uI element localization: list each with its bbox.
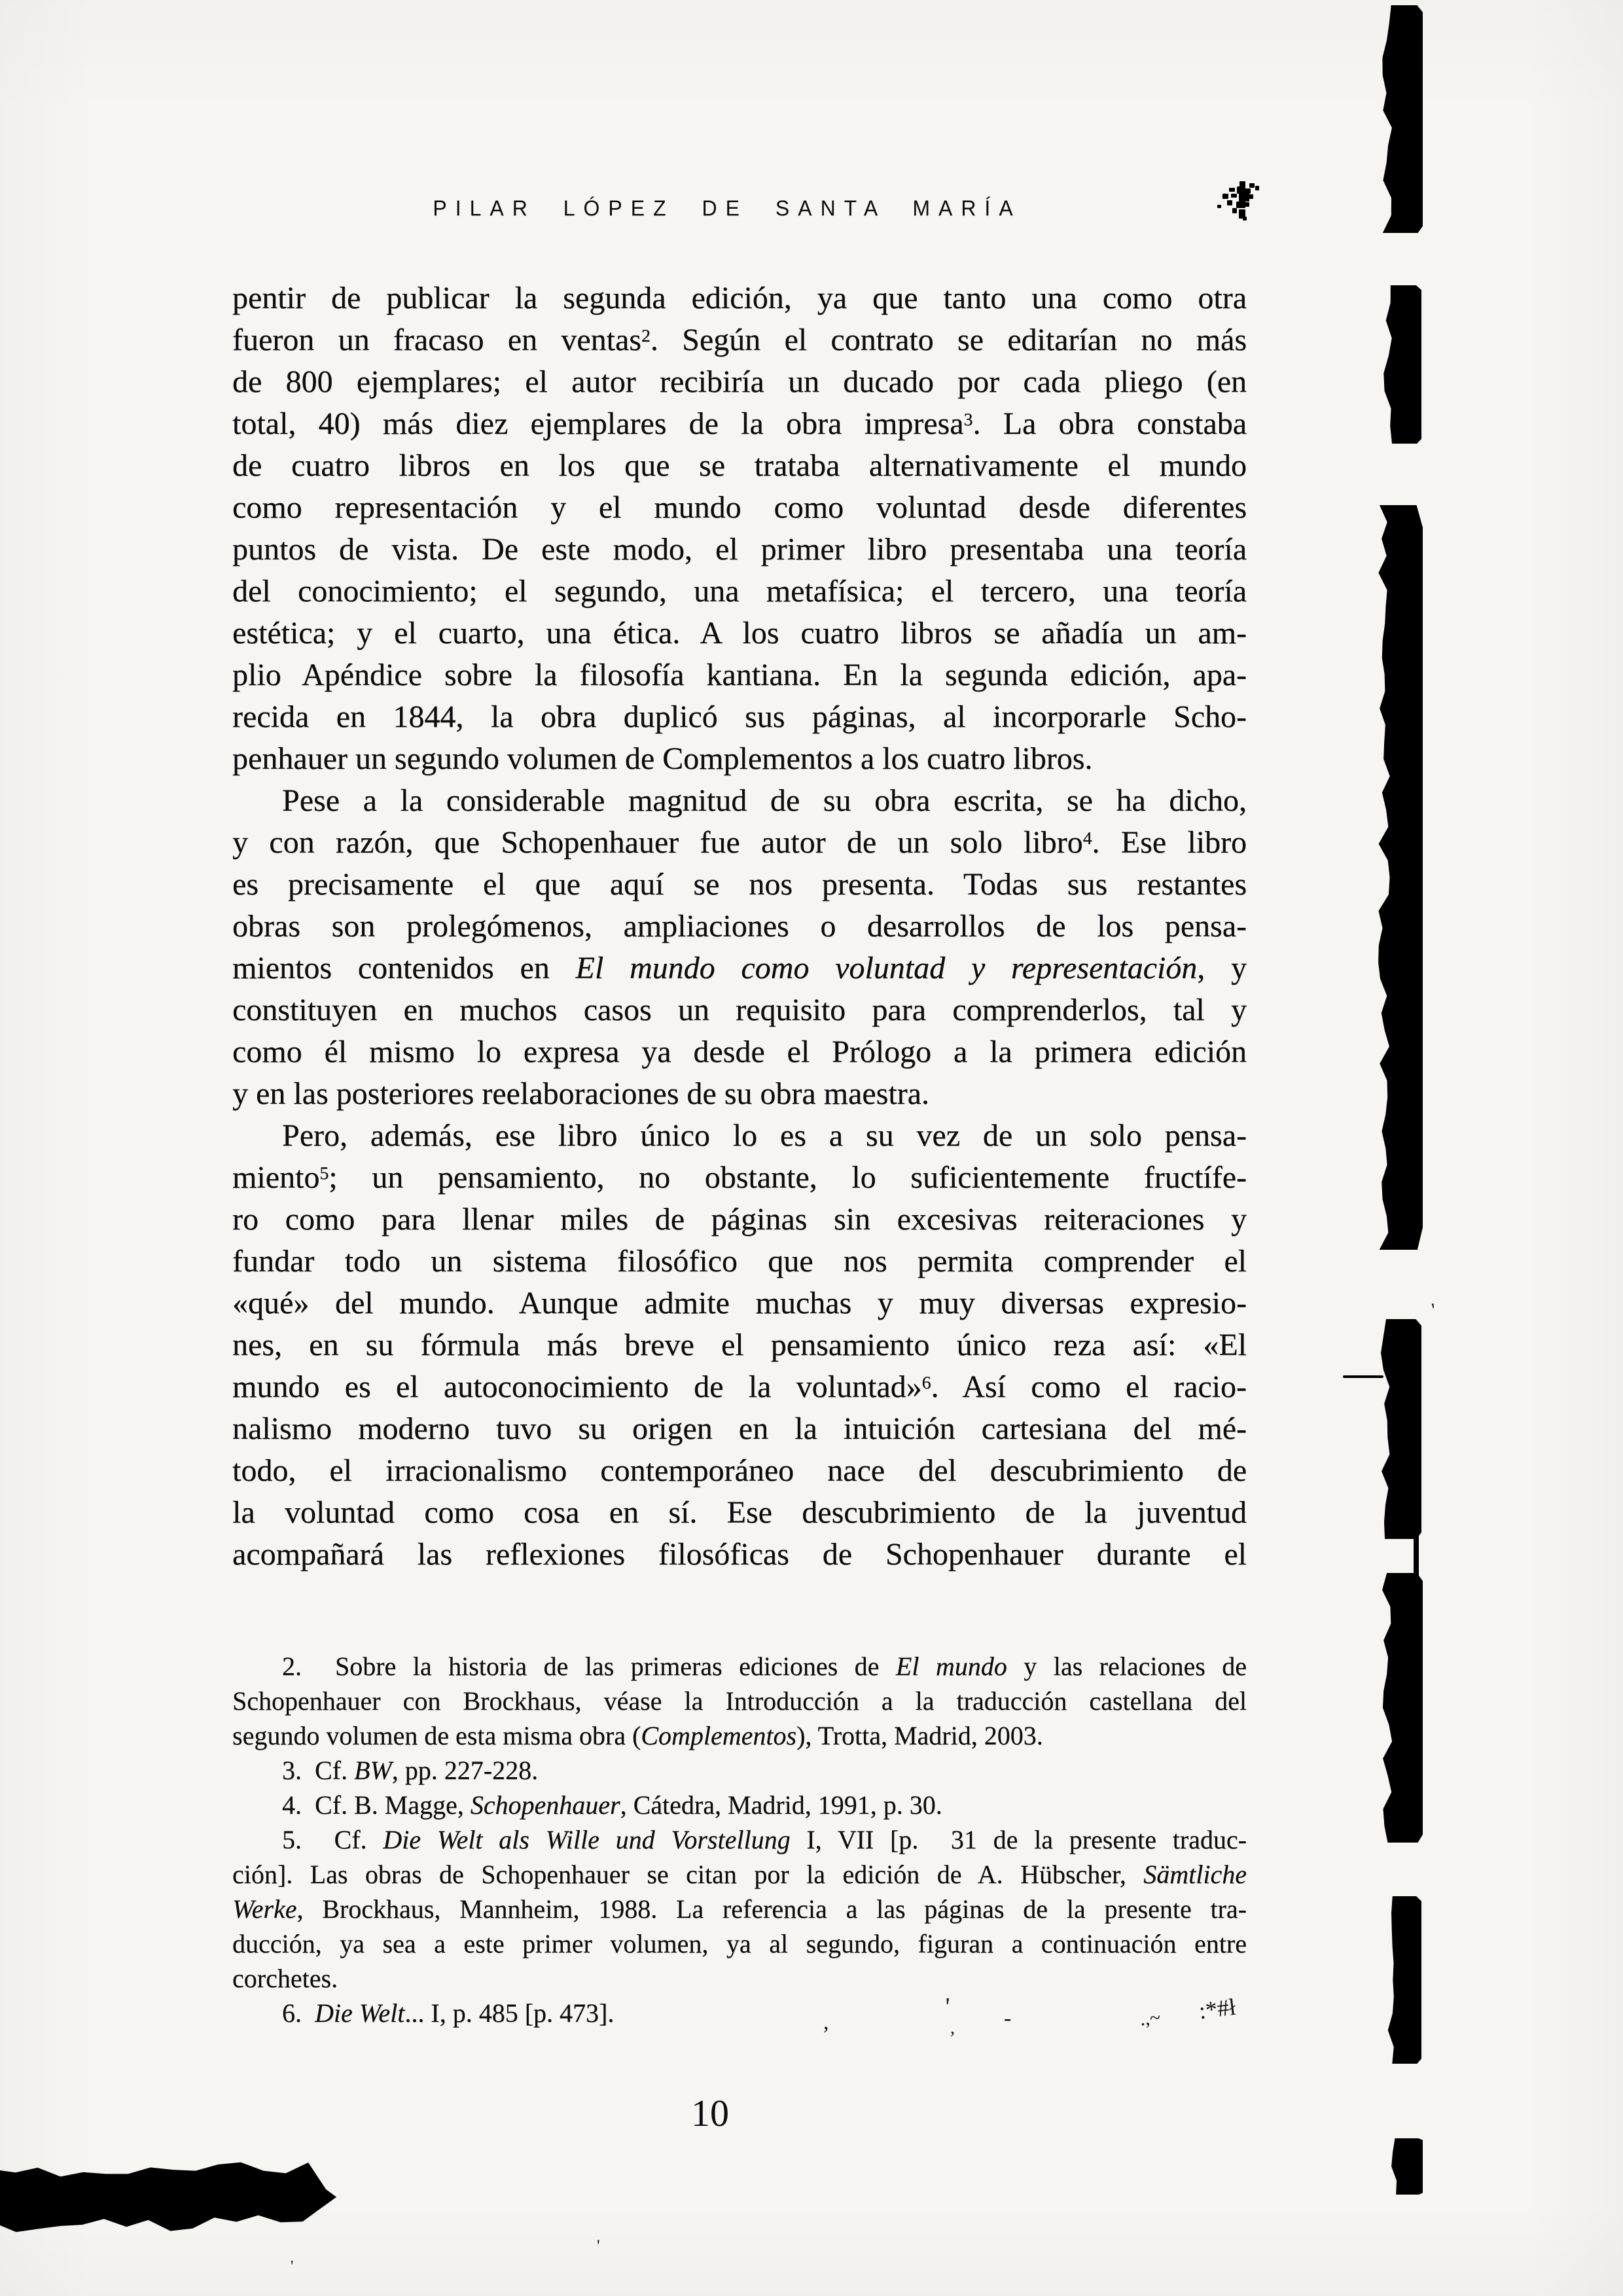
text-line: Werke, Brockhaus, Mannheim, 1988. La ref… <box>232 1892 1247 1926</box>
text-line: 6. Die Welt... I, p. 485 [p. 473]. <box>232 1996 1247 2030</box>
text-line: nes, en su fórmula más breve el pensamie… <box>232 1324 1247 1366</box>
speckle-dot <box>1229 188 1235 192</box>
scan-ink-mark: ' <box>291 2259 293 2274</box>
scan-ink-speckle <box>1215 181 1263 224</box>
scan-ink-bar <box>1382 1573 1423 1843</box>
scan-ink-bar <box>1382 5 1423 233</box>
text-line: como él mismo lo expresa ya desde el Pró… <box>232 1031 1247 1073</box>
speckle-dot <box>1239 192 1249 201</box>
text-line: miento5; un pensamiento, no obstante, lo… <box>232 1157 1247 1199</box>
text-line: ción]. Las obras de Schopenhauer se cita… <box>232 1857 1247 1892</box>
text-line: 3. Cf. BW, pp. 227-228. <box>232 1753 1247 1788</box>
text-line: del conocimiento; el segundo, una metafí… <box>232 571 1247 612</box>
text-line: y con razón, que Schopenhauer fue autor … <box>232 822 1247 864</box>
text-line: ro como para llenar miles de páginas sin… <box>232 1199 1247 1241</box>
text-line: 5. Cf. Die Welt als Wille und Vorstellun… <box>232 1822 1247 1857</box>
scan-ink-mark: ' <box>1431 1301 1437 1320</box>
text-line: acompañará las reflexiones filosóficas d… <box>232 1534 1247 1576</box>
text-line: «qué» del mundo. Aunque admite muchas y … <box>232 1282 1247 1324</box>
speckle-dot <box>1217 205 1221 208</box>
speckle-dot <box>1245 202 1249 207</box>
scan-ink-streak <box>1414 1525 1419 1585</box>
scan-ink-mark: , <box>950 2019 955 2038</box>
scan-ink-mark: :*#ł <box>1198 1995 1237 2023</box>
scan-ink-bar <box>1391 2138 1423 2195</box>
text-line: puntos de vista. De este modo, el primer… <box>232 529 1247 571</box>
speckle-dot <box>1255 186 1259 190</box>
text-line: todo, el irracionalismo contemporáneo na… <box>232 1450 1247 1492</box>
text-line: 4. Cf. B. Magge, Schopenhauer, Cátedra, … <box>232 1788 1247 1822</box>
scan-ink-bar <box>1383 285 1421 444</box>
scan-ink-smudge <box>0 2159 337 2236</box>
text-line: mientos contenidos en El mundo como volu… <box>232 947 1247 989</box>
text-line: penhauer un segundo volumen de Complemen… <box>232 738 1247 780</box>
footnotes-block: 2. Sobre la historia de las primeras edi… <box>232 1649 1247 2030</box>
text-line: es precisamente el que aquí se nos prese… <box>232 864 1247 906</box>
scan-ink-bar <box>1381 1319 1421 1539</box>
text-line: y en las posteriores reelaboraciones de … <box>232 1073 1247 1115</box>
scan-ink-mark: ' <box>597 2238 600 2255</box>
text-line: 2. Sobre la historia de las primeras edi… <box>232 1649 1247 1684</box>
page-number: 10 <box>661 2091 759 2135</box>
speckle-dot <box>1231 194 1237 198</box>
speckle-dot <box>1249 194 1253 199</box>
scan-ink-mark: , <box>823 2011 829 2034</box>
text-line: total, 40) más diez ejemplares de la obr… <box>232 403 1247 445</box>
scan-ink-bar <box>1385 1896 1421 2064</box>
text-line: fueron un fracaso en ventas2. Según el c… <box>232 319 1247 361</box>
scan-ink-bar <box>1378 505 1423 1250</box>
speckle-dot <box>1227 200 1232 205</box>
speckle-dot <box>1249 183 1254 188</box>
text-line: fundar todo un sistema filosófico que no… <box>232 1241 1247 1282</box>
speckle-dot <box>1232 208 1237 213</box>
text-line: constituyen en muchos casos un requisito… <box>232 989 1247 1031</box>
speckle-dot <box>1243 217 1247 220</box>
text-line: nalismo moderno tuvo su origen en la int… <box>232 1408 1247 1450</box>
body-text-block: pentir de publicar la segunda edición, y… <box>232 277 1247 1576</box>
scan-ink-streak <box>1343 1375 1383 1378</box>
text-line: como representación y el mundo como volu… <box>232 487 1247 529</box>
scan-ink-mark: .,~ <box>1139 2008 1162 2030</box>
text-line: la voluntad como cosa en sí. Ese descubr… <box>232 1492 1247 1534</box>
text-line: Schopenhauer con Brockhaus, véase la Int… <box>232 1684 1247 1718</box>
text-line: pentir de publicar la segunda edición, y… <box>232 277 1247 319</box>
text-line: segundo volumen de esta misma obra (Comp… <box>232 1718 1247 1753</box>
text-line: recida en 1844, la obra duplicó sus pági… <box>232 696 1247 738</box>
text-line: mundo es el autoconocimiento de la volun… <box>232 1366 1247 1408</box>
text-line: corchetes. <box>232 1961 1247 1996</box>
text-line: estética; y el cuarto, una ética. A los … <box>232 612 1247 654</box>
text-line: ducción, ya sea a este primer volumen, y… <box>232 1926 1247 1961</box>
text-line: obras son prolegómenos, ampliaciones o d… <box>232 906 1247 947</box>
text-line: plio Apéndice sobre la filosofía kantian… <box>232 654 1247 696</box>
scanned-book-page: PILAR LÓPEZ DE SANTA MARÍA pentir de pub… <box>0 0 1623 2296</box>
text-line: de 800 ejemplares; el autor recibiría un… <box>232 361 1247 403</box>
running-header: PILAR LÓPEZ DE SANTA MARÍA <box>220 196 1234 221</box>
speckle-dot <box>1222 194 1228 199</box>
text-line: de cuatro libros en los que se trataba a… <box>232 445 1247 487</box>
scan-ink-mark: - <box>1004 2007 1011 2030</box>
text-line: Pese a la considerable magnitud de su ob… <box>232 780 1247 822</box>
text-line: Pero, además, ese libro único lo es a su… <box>232 1115 1247 1157</box>
